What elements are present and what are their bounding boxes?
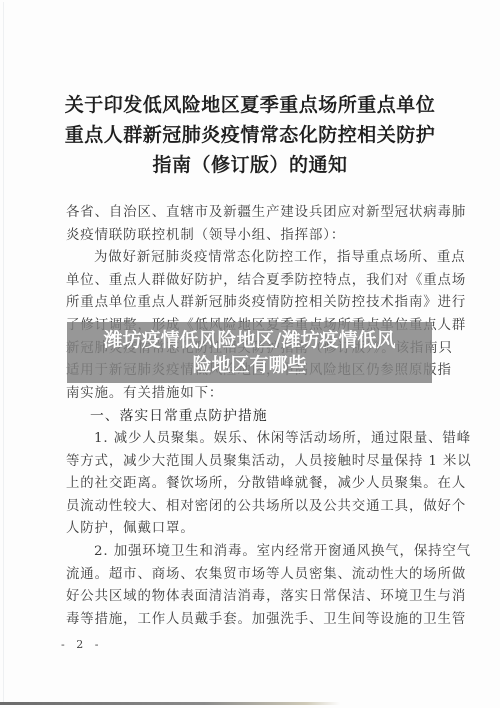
page-bottom-edge: [0, 702, 340, 705]
overlay-title-banner: 潍坊疫情低风险地区/潍坊疫情低风 险地区有哪些: [67, 322, 432, 383]
document-page: 关于印发低风险地区夏季重点场所重点单位 重点人群新冠肺炎疫情常态化防控相关防护 …: [0, 0, 500, 708]
paragraph-line: 等方式，减少大范围人员聚集活动，人员接触时尽量保持 1 米以: [66, 451, 436, 474]
paragraph-line: 上的社交距离。餐饮场所，分散错峰就餐，减少人员聚集。在人: [66, 473, 436, 496]
paragraph-line: 2. 加强环境卫生和消毒。室内经常开窗通风换气，保持空气: [66, 541, 436, 564]
paragraph-line: 流通。超市、商场、农集贸市场等人员密集、流动性大的场所做: [66, 564, 436, 587]
title-line: 关于印发低风险地区夏季重点场所重点单位: [0, 90, 500, 120]
addressee-line: 炎疫情联防联控机制（领导小组、指挥部）：: [66, 225, 436, 248]
addressee-line: 各省、自治区、直辖市及新疆生产建设兵团应对新型冠状病毒肺: [66, 202, 436, 225]
paragraph-line: 单位、重点人群做好防护，结合夏季防控特点，我们对《重点场: [66, 270, 436, 293]
section-heading: 一、落实日常重点防护措施: [66, 405, 436, 428]
paragraph-line: 人防护，佩戴口罩。: [66, 518, 436, 541]
paragraph-line: 南实施。有关措施如下：: [66, 383, 436, 406]
paragraph-line: 毒等措施，工作人员戴手套。加强洗手、卫生间等设施的卫生管: [66, 609, 436, 632]
banner-line: 潍坊疫情低风险地区/潍坊疫情低风: [104, 328, 396, 353]
banner-line: 险地区有哪些: [192, 353, 306, 378]
paragraph-line: 为做好新冠肺炎疫情常态化防控工作，指导重点场所、重点: [66, 247, 436, 270]
paragraph-line: 1. 减少人员聚集。娱乐、休闲等活动场所，通过限量、错峰: [66, 428, 436, 451]
document-title: 关于印发低风险地区夏季重点场所重点单位 重点人群新冠肺炎疫情常态化防控相关防护 …: [0, 90, 500, 180]
paragraph-line: 好公共区域的物体表面清洁消毒，落实日常保洁、环境卫生与消: [66, 586, 436, 609]
paragraph-line: 所重点单位重点人群新冠肺炎疫情防控相关防控技术指南》进行: [66, 292, 436, 315]
document-body: 各省、自治区、直辖市及新疆生产建设兵团应对新型冠状病毒肺 炎疫情联防联控机制（领…: [66, 202, 436, 631]
paragraph-line: 员流动性较大、相对密闭的公共场所以及公共交通工具，做好个: [66, 496, 436, 519]
title-line: 重点人群新冠肺炎疫情常态化防控相关防护: [0, 120, 500, 150]
title-line: 指南（修订版）的通知: [0, 150, 500, 180]
page-number: - 2 -: [61, 638, 102, 651]
